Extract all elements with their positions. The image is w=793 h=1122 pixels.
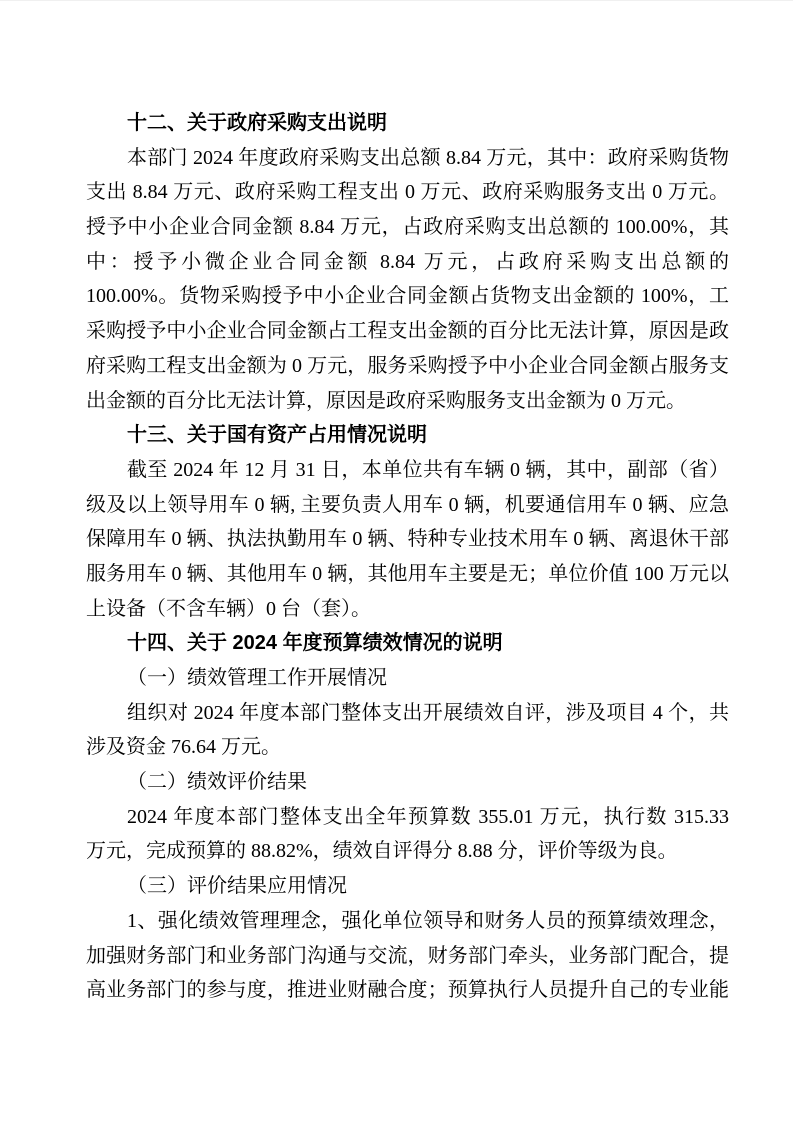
subheading-evaluation-results: （二）绩效评价结果: [86, 765, 729, 800]
document-text-line: 中：授予小微企业合同金额 8.84 万元，占政府采购支出总额的: [86, 245, 729, 280]
document-text-line: 高业务部门的参与度，推进业财融合度；预算执行人员提升自己的专业能: [86, 973, 729, 1008]
section-heading-budget-performance: 十四、关于 2024 年度预算绩效情况的说明: [86, 626, 729, 661]
document-text-line: 府采购工程支出金额为 0 万元，服务采购授予中小企业合同金额占服务支: [86, 349, 729, 384]
document-text-line: 授予中小企业合同金额 8.84 万元，占政府采购支出总额的 100.00%，其: [86, 210, 729, 245]
document-text-line: 2024 年度本部门整体支出全年预算数 355.01 万元，执行数 315.33: [86, 800, 729, 835]
document-text-line: 涉及资金 76.64 万元。: [86, 730, 729, 765]
subheading-results-application: （三）评价结果应用情况: [86, 869, 729, 904]
document-text-line: 保障用车 0 辆、执法执勤用车 0 辆、特种专业技术用车 0 辆、离退休干部: [86, 522, 729, 557]
document-text-line: 万元，完成预算的 88.82%，绩效自评得分 8.88 分，评价等级为良。: [86, 834, 729, 869]
document-text-line: 服务用车 0 辆、其他用车 0 辆，其他用车主要是无；单位价值 100 万元以: [86, 557, 729, 592]
document-text-line: 采购授予中小企业合同金额占工程支出金额的百分比无法计算，原因是政: [86, 314, 729, 349]
document-text-line: 出金额的百分比无法计算，原因是政府采购服务支出金额为 0 万元。: [86, 384, 729, 419]
section-heading-govt-procurement: 十二、关于政府采购支出说明: [86, 106, 729, 141]
document-text-line: 100.00%。货物采购授予中小企业合同金额占货物支出金额的 100%，工程: [86, 279, 729, 314]
document-text-line: 上设备（不含车辆）0 台（套）。: [86, 592, 729, 627]
document-text-line: 截至 2024 年 12 月 31 日，本单位共有车辆 0 辆，其中，副部（省）: [86, 453, 729, 488]
document-content: 十二、关于政府采购支出说明 本部门 2024 年度政府采购支出总额 8.84 万…: [86, 106, 729, 1008]
document-text-line: 加强财务部门和业务部门沟通与交流，财务部门牵头，业务部门配合，提: [86, 939, 729, 974]
document-text-line: 组织对 2024 年度本部门整体支出开展绩效自评，涉及项目 4 个，共: [86, 696, 729, 731]
section-heading-state-assets: 十三、关于国有资产占用情况说明: [86, 418, 729, 453]
document-text-line: 级及以上领导用车 0 辆, 主要负责人用车 0 辆，机要通信用车 0 辆、应急: [86, 488, 729, 523]
document-text-line: 支出 8.84 万元、政府采购工程支出 0 万元、政府采购服务支出 0 万元。: [86, 175, 729, 210]
document-page: 十二、关于政府采购支出说明 本部门 2024 年度政府采购支出总额 8.84 万…: [0, 0, 793, 1122]
subheading-performance-management: （一）绩效管理工作开展情况: [86, 661, 729, 696]
document-text-line: 1、强化绩效管理理念，强化单位领导和财务人员的预算绩效理念，: [86, 904, 729, 939]
document-text-line: 本部门 2024 年度政府采购支出总额 8.84 万元，其中：政府采购货物: [86, 141, 729, 176]
